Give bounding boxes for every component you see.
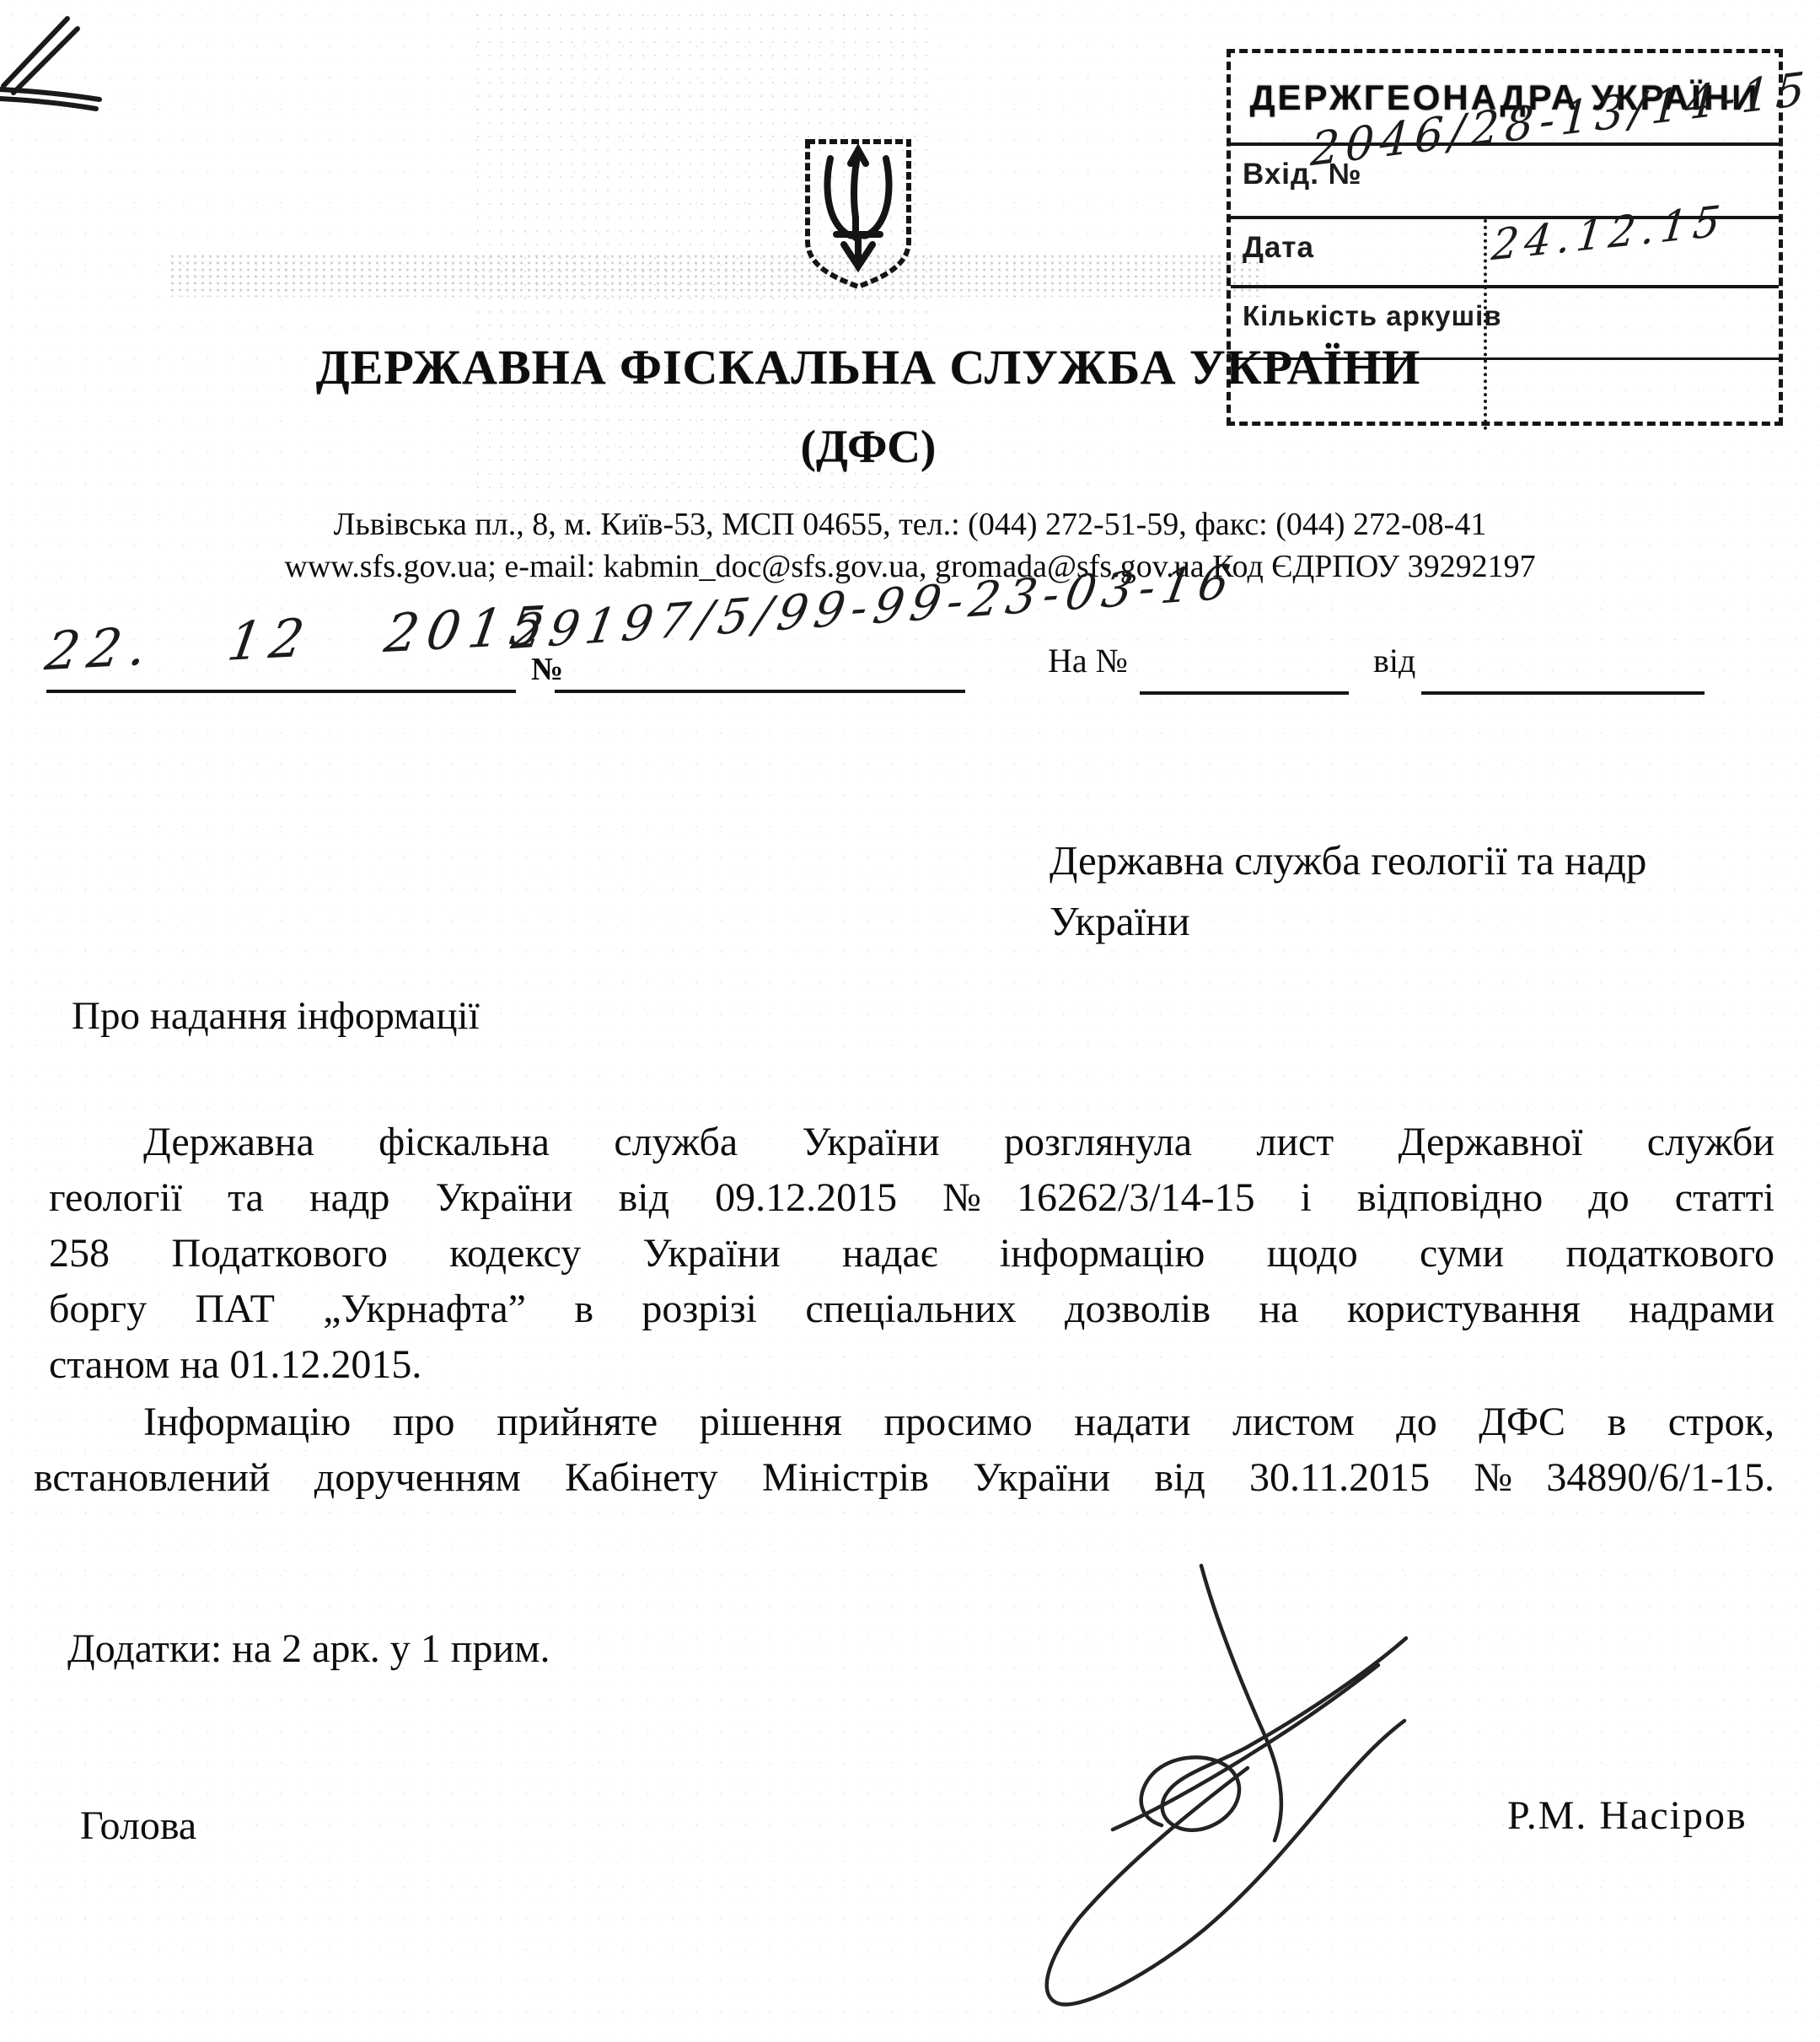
body-p1-line5: станом на 01.12.2015. [49, 1337, 1774, 1393]
stamp-column-divider [1484, 219, 1487, 430]
addressee-line-2: України [1050, 891, 1791, 952]
signer-name: Р.М. Насіров [1507, 1792, 1748, 1839]
stamp-sheets-label: Кількість аркушів [1243, 300, 1502, 332]
body-p2-line1: Інформацію про прийняте рішення просимо … [49, 1394, 1774, 1450]
reply-from-date-label: від [1373, 641, 1415, 680]
subject-line: Про надання інформації [72, 993, 480, 1039]
body-p1-line3: 258 Податкового кодексу України надає ін… [49, 1226, 1774, 1282]
org-address-line: Львівська пл., 8, м. Київ-53, МСП 04655,… [0, 506, 1820, 543]
outgoing-date-handwriting: 22. 12 2015 [41, 594, 557, 682]
blank-line-date [46, 690, 516, 693]
trident-emblem-icon [799, 133, 917, 295]
body-p1-line1: Державна фіскальна служба України розгля… [49, 1115, 1774, 1170]
blank-line-reply-number [1140, 691, 1349, 695]
stamp-date-label: Дата [1243, 231, 1314, 265]
addressee-block: Державна служба геології та надр України [1050, 830, 1791, 952]
blank-line-number [555, 690, 965, 693]
scan-smudge-column [472, 8, 927, 582]
ghost-text-smudge [169, 253, 1264, 297]
signer-position-title: Голова [80, 1803, 196, 1849]
attachments-line: Додатки: на 2 арк. у 1 прим. [67, 1626, 550, 1672]
org-name-heading: ДЕРЖАВНА ФІСКАЛЬНА СЛУЖБА УКРАЇНИ [278, 339, 1458, 395]
body-p2-line2: встановлений дорученням Кабінету Міністр… [34, 1450, 1774, 1506]
signature-scribble [995, 1556, 1433, 2023]
blank-line-reply-date [1421, 691, 1705, 695]
scanned-letter-page: ДЕРЖГЕОНАДРА УКРАЇНИ Вхід. № Дата Кількі… [0, 0, 1820, 2042]
reply-to-number-label: На № [1048, 641, 1128, 680]
body-p1-line4: боргу ПАТ „Укрнафта” в розрізі спеціальн… [49, 1282, 1774, 1337]
body-p1-line2: геології та надр України від 09.12.2015 … [49, 1170, 1774, 1226]
org-abbreviation: (ДФС) [278, 420, 1458, 473]
addressee-line-1: Державна служба геології та надр [1050, 830, 1791, 891]
corner-pen-mark [0, 5, 194, 123]
